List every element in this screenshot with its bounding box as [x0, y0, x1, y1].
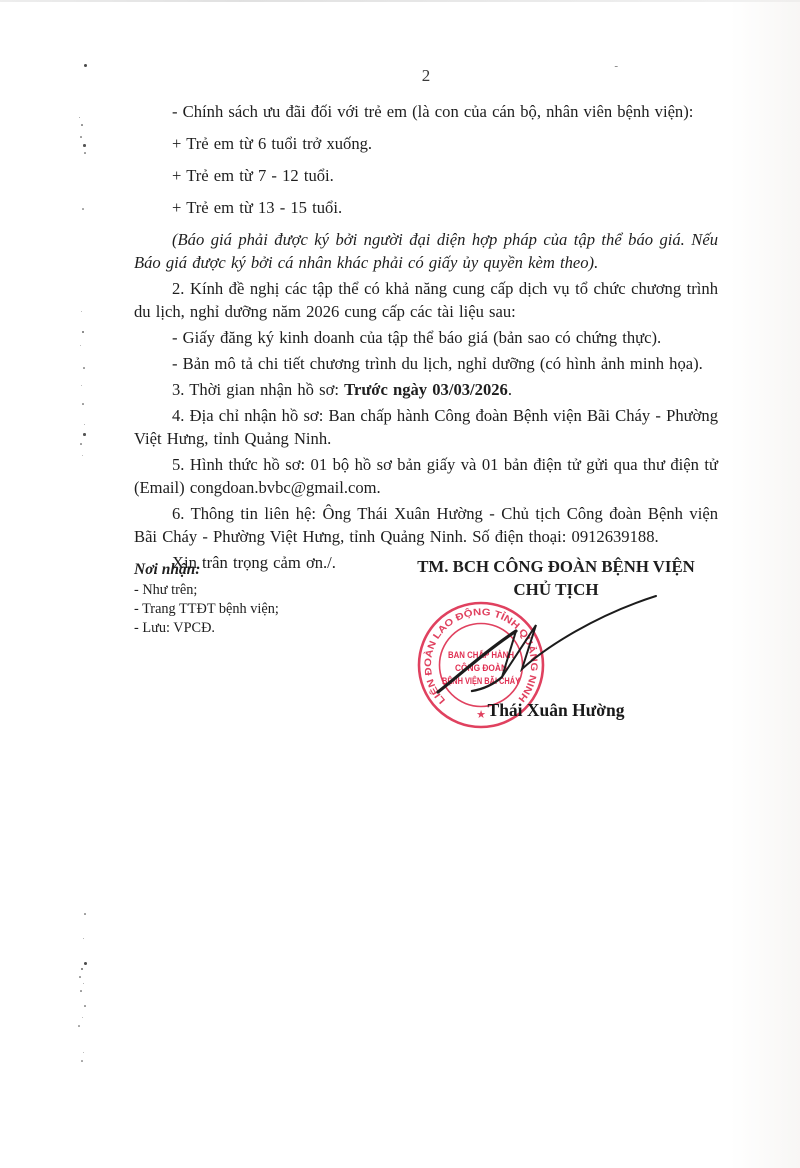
scan-edge-artifact: [0, 0, 800, 2]
scan-speck: [79, 976, 81, 978]
scan-speck: [84, 962, 87, 965]
scan-speck: [81, 124, 83, 126]
scan-speck: [83, 1052, 84, 1053]
signature-stroke-flourish: [472, 677, 502, 691]
signing-org-line: TM. BCH CÔNG ĐOÀN BỆNH VIỆN: [398, 556, 714, 578]
scan-speck: [81, 385, 82, 386]
scan-speck: [84, 913, 86, 915]
handwritten-signature: [420, 585, 665, 703]
scan-speck: [82, 208, 84, 210]
scan-speck: [78, 1025, 80, 1027]
scan-speck: [84, 152, 86, 154]
deadline-period: .: [508, 380, 512, 399]
scan-speck: [80, 443, 82, 445]
scan-speck: [82, 1017, 83, 1018]
recipient-item: - Lưu: VPCĐ.: [134, 619, 364, 638]
scan-speck: [84, 64, 87, 67]
paragraph-format-5: 5. Hình thức hồ sơ: 01 bộ hồ sơ bản giấy…: [134, 453, 718, 499]
paragraph-request-2: 2. Kính đề nghị các tập thể có khả năng …: [134, 277, 718, 323]
signer-name: Thái Xuân Hường: [398, 700, 714, 721]
scan-speck: [81, 968, 83, 970]
document-body: 2 - - Chính sách ưu đãi đối với trẻ em (…: [134, 66, 718, 577]
scan-speck: [83, 367, 85, 369]
list-item-age-under-6: + Trẻ em từ 6 tuổi trở xuống.: [134, 132, 718, 155]
paragraph-deadline-3: 3. Thời gian nhận hồ sơ: Trước ngày 03/0…: [134, 378, 718, 401]
scan-speck: [81, 311, 82, 312]
signature-stroke-main: [438, 631, 516, 692]
signature-scribble: [420, 585, 665, 703]
scan-speck: [83, 938, 84, 939]
list-item-age-7-12: + Trẻ em từ 7 - 12 tuổi.: [134, 164, 718, 187]
scan-speck: [82, 331, 84, 333]
recipients-title: Nơi nhận:: [134, 561, 364, 579]
scan-speck: [82, 455, 83, 456]
scan-speck: [83, 144, 86, 147]
scan-speck: [83, 983, 84, 984]
paragraph-contact-6: 6. Thông tin liên hệ: Ông Thái Xuân Hườn…: [134, 502, 718, 548]
scan-shading-artifact: [730, 0, 800, 1168]
scan-speck: [84, 424, 85, 425]
recipient-item: - Trang TTĐT bệnh viện;: [134, 600, 364, 619]
deadline-date: Trước ngày 03/03/2026: [344, 380, 508, 399]
scan-speck: [80, 990, 82, 992]
scan-speck: [81, 1060, 83, 1062]
scan-speck: [80, 345, 81, 346]
paragraph-note-quotation: (Báo giá phải được ký bởi người đại diện…: [134, 228, 718, 274]
list-item-age-13-15: + Trẻ em từ 13 - 15 tuổi.: [134, 196, 718, 219]
scan-speck: [82, 403, 84, 405]
scan-speck-mark: -: [614, 60, 618, 72]
scanned-document-page: { "page": { "number": "2" }, "body": { "…: [0, 0, 800, 1168]
recipient-item: - Như trên;: [134, 581, 364, 600]
page-number-value: 2: [422, 66, 431, 85]
scan-speck: [80, 136, 82, 138]
scan-speck: [84, 1005, 86, 1007]
recipients-block: Nơi nhận: - Như trên; - Trang TTĐT bệnh …: [134, 561, 364, 638]
scan-speck: [79, 117, 80, 118]
signature-stroke-tail: [502, 596, 656, 677]
scan-speck: [83, 433, 86, 436]
page-number: 2 -: [134, 66, 718, 86]
list-item-program-description: - Bản mô tả chi tiết chương trình du lịc…: [134, 352, 718, 375]
paragraph-policy-children: - Chính sách ưu đãi đối với trẻ em (là c…: [134, 100, 718, 123]
paragraph-address-4: 4. Địa chỉ nhận hồ sơ: Ban chấp hành Côn…: [134, 404, 718, 450]
list-item-business-license: - Giấy đăng ký kinh doanh của tập thể bá…: [134, 326, 718, 349]
deadline-label: 3. Thời gian nhận hồ sơ:: [172, 380, 344, 399]
